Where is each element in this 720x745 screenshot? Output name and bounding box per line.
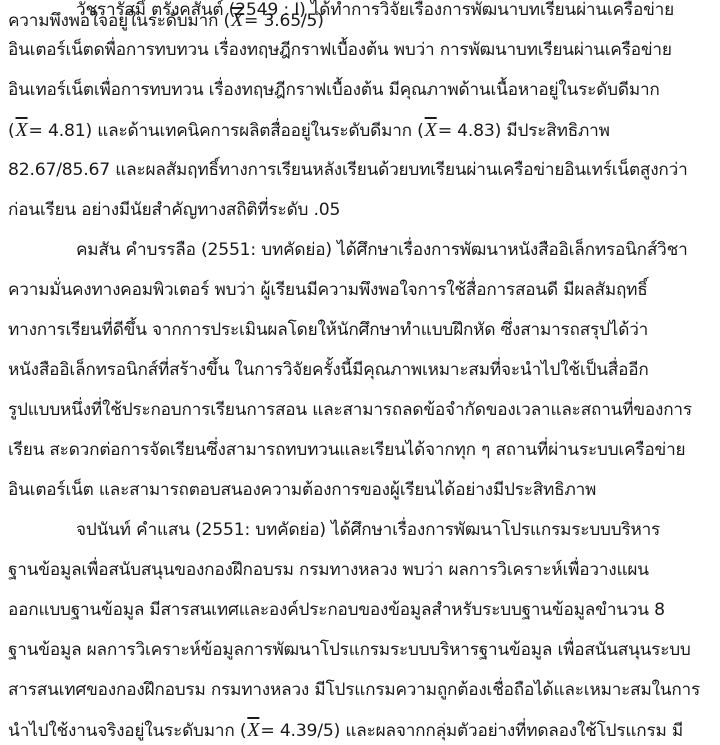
text-line: รูปแบบหนึ่งที่ใช้ประกอบการเรียนการสอน แล… <box>8 390 712 430</box>
text-segment: = 4.81) และด้านเทคนิคการผลิตสื่ออยู่ในระ… <box>29 121 424 141</box>
text-segment: ฐานข้อมูล ผลการวิเคราะห์ข้อมูลการพัฒนาโป… <box>8 640 691 660</box>
text-segment: สารสนเทศของกองฝึกอบรม กรมทางหลวง มีโปรแก… <box>8 680 700 700</box>
text-line: หนังสืออิเล็กทรอนิกส์ที่สร้างขึ้น ในการว… <box>8 350 712 390</box>
text-segment: = 4.83) มีประสิทธิภาพ <box>438 121 610 141</box>
text-segment: อินเตอร์เน็ตดพื่อการทบทวน เรื่องทฤษฎีกรา… <box>8 40 672 60</box>
text-segment: จปนันท์ คำแสน (2551: บทคัดย่อ) ได้ศึกษาเ… <box>76 520 660 540</box>
mean-symbol: X <box>15 110 29 150</box>
text-line: เรียน สะดวกต่อการจัดเรียนซึ่งสามารถทบทวน… <box>8 430 712 470</box>
text-line: ออกแบบฐานข้อมูล มีสารสนเทศและองค์ประกอบข… <box>8 590 712 630</box>
text-segment: ออกแบบฐานข้อมูล มีสารสนเทศและองค์ประกอบข… <box>8 600 665 620</box>
text-line: ฐานข้อมูลเพื่อสนับสนุนของกองฝึกอบรม กรมท… <box>8 550 712 590</box>
text-segment: = 4.39/5) และผลจากกลุ่มตัวอย่างที่ทดลองใ… <box>260 721 683 741</box>
text-segment: ความพึงพอใจอยู่ในระดับมาก ( <box>8 11 230 31</box>
text-segment: เรียน สะดวกต่อการจัดเรียนซึ่งสามารถทบทวน… <box>8 440 685 460</box>
text-segment: ฐานข้อมูลเพื่อสนับสนุนของกองฝึกอบรม กรมท… <box>8 560 649 580</box>
text-line: ก่อนเรียน อย่างมีนัยสำคัญทางสถิติที่ระดั… <box>8 190 712 230</box>
document-page: วัชรารัสมิ์ ตรังคสันต์ (2549 : I) ได้ทำก… <box>0 0 720 745</box>
text-line: อินเตอร์เน็ต และสามารถตอบสนองความต้องการ… <box>8 470 712 510</box>
text-segment: อินเทอร์เน็ตเพื่อการทบทวน เรื่องทฤษฎีกรา… <box>8 80 660 100</box>
text-segment: หนังสืออิเล็กทรอนิกส์ที่สร้างขึ้น ในการว… <box>8 360 649 380</box>
text-segment: นำไปใช้งานจริงอยู่ในระดับมาก ( <box>8 721 246 741</box>
mean-symbol: X <box>246 710 260 745</box>
text-line: ทางการเรียนที่ดีขึ้น จากการประเมินผลโดยใ… <box>8 310 712 350</box>
mean-symbol: X <box>424 110 438 150</box>
text-line: (X= 4.81) และด้านเทคนิคการผลิตสื่ออยู่ใน… <box>8 110 712 150</box>
text-line: คมสัน คำบรรลือ (2551: บทคัดย่อ) ได้ศึกษา… <box>76 230 712 270</box>
mean-symbol: X <box>230 0 244 40</box>
text-line: 82.67/85.67 และผลสัมฤทธิ์ทางการเรียนหลัง… <box>8 150 712 190</box>
text-line: ฐานข้อมูล ผลการวิเคราะห์ข้อมูลการพัฒนาโป… <box>8 630 712 670</box>
text-segment: ทางการเรียนที่ดีขึ้น จากการประเมินผลโดยใ… <box>8 320 648 340</box>
text-segment: รูปแบบหนึ่งที่ใช้ประกอบการเรียนการสอน แล… <box>8 400 692 420</box>
text-segment: อินเตอร์เน็ต และสามารถตอบสนองความต้องการ… <box>8 480 596 500</box>
text-line: ความมั่นคงทางคอมพิวเตอร์ พบว่า ผู้เรียนม… <box>8 270 712 310</box>
text-segment: ความมั่นคงทางคอมพิวเตอร์ พบว่า ผู้เรียนม… <box>8 280 648 300</box>
text-segment: ก่อนเรียน อย่างมีนัยสำคัญทางสถิติที่ระดั… <box>8 200 340 220</box>
text-line: ความพึงพอใจอยู่ในระดับมาก (X= 3.65/5) <box>8 0 712 40</box>
text-line: สารสนเทศของกองฝึกอบรม กรมทางหลวง มีโปรแก… <box>8 670 712 710</box>
text-segment: คมสัน คำบรรลือ (2551: บทคัดย่อ) ได้ศึกษา… <box>76 240 688 260</box>
text-line: จปนันท์ คำแสน (2551: บทคัดย่อ) ได้ศึกษาเ… <box>76 510 712 550</box>
text-line: นำไปใช้งานจริงอยู่ในระดับมาก (X= 4.39/5)… <box>8 710 712 745</box>
text-segment: = 3.65/5) <box>244 11 324 31</box>
text-segment: 82.67/85.67 และผลสัมฤทธิ์ทางการเรียนหลัง… <box>8 160 688 180</box>
text-line: อินเทอร์เน็ตเพื่อการทบทวน เรื่องทฤษฎีกรา… <box>8 70 712 110</box>
